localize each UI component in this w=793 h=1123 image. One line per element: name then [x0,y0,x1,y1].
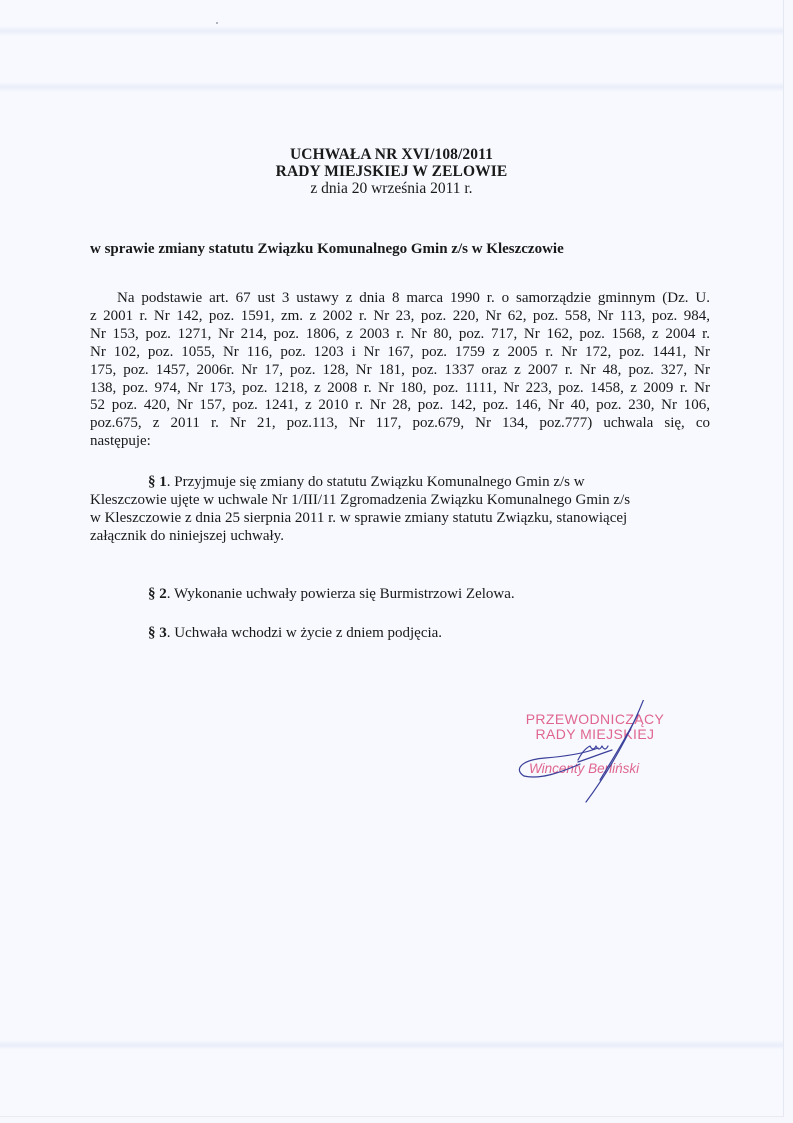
section-1-line: Kleszczowie ujęte w uchwale Nr 1/III/11 … [90,491,610,509]
scan-artifact [0,26,783,36]
preamble: Na podstawie art. 67 ust 3 ustawy z dnia… [90,290,710,451]
preamble-line: z 2001 r. Nr 142, poz. 1591, zm. z 2002 … [90,308,710,326]
section-1: § 1. Przyjmuje się zmiany do statutu Zwi… [90,473,610,545]
scanned-page: UCHWAŁA NR XVI/108/2011 RADY MIEJSKIEJ W… [0,0,784,1117]
issuing-body: RADY MIEJSKIEJ W ZELOWIE [0,163,783,180]
section-2: § 2. Wykonanie uchwały powierza się Burm… [148,586,515,603]
preamble-line: Nr 153, poz. 1271, Nr 214, poz. 1806, z … [90,326,710,344]
preamble-line: Na podstawie art. 67 ust 3 ustawy z dnia… [90,290,710,308]
preamble-line: 138, poz. 974, Nr 173, poz. 1218, z 2008… [90,380,710,398]
section-1-text: . Przyjmuje się zmiany do statutu Związk… [167,474,585,490]
section-3: § 3. Uchwała wchodzi w życie z dniem pod… [148,625,442,642]
section-2-text: . Wykonanie uchwały powierza się Burmist… [167,586,515,602]
resolution-date: z dnia 20 września 2011 r. [0,180,783,198]
resolution-number: UCHWAŁA NR XVI/108/2011 [0,146,783,163]
section-1-line: § 1. Przyjmuje się zmiany do statutu Zwi… [90,473,610,491]
section-3-text: . Uchwała wchodzi w życie z dniem podjęc… [167,625,442,641]
scan-dust-mark [216,22,218,24]
chairman-stamp: PRZEWODNICZĄCY RADY MIEJSKIEJ Wincenty B… [500,700,700,810]
section-1-line: w Kleszczowie z dnia 25 sierpnia 2011 r.… [90,509,610,527]
scan-artifact [0,1040,783,1050]
section-1-line: załącznik do niniejszej uchwały. [90,527,610,545]
preamble-line: 52 poz. 420, Nr 157, poz. 1241, z 2010 r… [90,397,710,415]
document-header: UCHWAŁA NR XVI/108/2011 RADY MIEJSKIEJ W… [0,146,783,198]
preamble-line: poz.675, z 2011 r. Nr 21, poz.113, Nr 11… [90,415,710,433]
handwritten-signature [500,700,700,810]
preamble-line: 175, poz. 1457, 2006r. Nr 17, poz. 128, … [90,362,710,380]
preamble-line: następuje: [90,433,710,451]
resolution-subject: w sprawie zmiany statutu Związku Komunal… [90,241,564,258]
section-2-mark: § 2 [148,586,167,602]
preamble-line: Nr 102, poz. 1055, Nr 116, poz. 1203 i N… [90,344,710,362]
section-3-mark: § 3 [148,625,167,641]
section-1-mark: § 1 [148,474,167,490]
scan-artifact [0,82,783,92]
